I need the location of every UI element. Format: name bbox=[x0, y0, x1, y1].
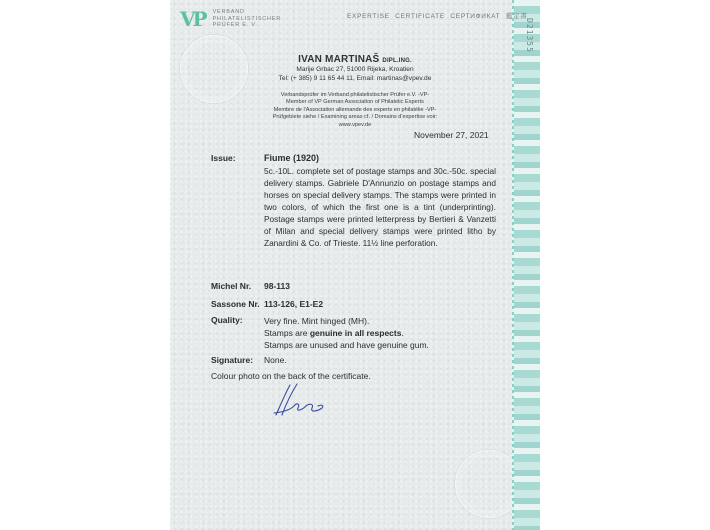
certificate-title: EXPERTISE CERTIFICATE СЕРТИФИКАТ 鑑定書 bbox=[347, 11, 527, 20]
vp-logo: VP VERBAND PHILATELISTISCHER PRÜFER E. V… bbox=[180, 9, 281, 29]
issue-description: 5c.-10L. complete set of postage stamps … bbox=[264, 165, 496, 249]
expert-title: DIPL.ING. bbox=[382, 58, 411, 64]
quality-value: Very fine. Mint hinged (MH). Stamps are … bbox=[264, 315, 429, 351]
association-line: Membre de l'Association allemande des ex… bbox=[250, 107, 460, 114]
association-line: www.vpev.de bbox=[250, 122, 460, 129]
issue-label: Issue: bbox=[211, 153, 236, 163]
org-line: PRÜFER E. V. bbox=[213, 22, 282, 29]
signature-value: None. bbox=[264, 355, 287, 365]
org-name: VERBAND PHILATELISTISCHER PRÜFER E. V. bbox=[213, 9, 282, 29]
quality-line-2: Stamps are genuine in all respects. bbox=[264, 327, 429, 339]
quality-line-1: Very fine. Mint hinged (MH). bbox=[264, 315, 429, 327]
certificate-date: November 27, 2021 bbox=[414, 130, 489, 140]
expert-info: IVAN MARTINAŠ DIPL.ING. Marije Grbac 27,… bbox=[250, 54, 460, 83]
certificate-page: D21355 VP VERBAND PHILATELISTISCHER PRÜF… bbox=[170, 0, 540, 530]
vp-logo-mark-icon: VP bbox=[180, 9, 205, 29]
sassone-value: 113-126, E1-E2 bbox=[264, 299, 323, 309]
sassone-label: Sassone Nr. bbox=[211, 299, 260, 309]
signature-label: Signature: bbox=[211, 355, 253, 365]
expert-address: Marije Grbac 27, 51000 Rijeka, Kroatien bbox=[250, 65, 460, 74]
expert-name: IVAN MARTINAŠ DIPL.ING. bbox=[250, 54, 460, 65]
association-statement: Verbandsprüfer im Verband philatelistisc… bbox=[250, 92, 460, 129]
embossed-seal-top bbox=[180, 35, 248, 103]
expert-signature-icon bbox=[270, 382, 330, 418]
quality-line-3: Stamps are unused and have genuine gum. bbox=[264, 339, 429, 351]
colour-photo-note: Colour photo on the back of the certific… bbox=[211, 371, 371, 381]
genuine-emphasis: genuine in all respects bbox=[310, 328, 402, 338]
michel-label: Michel Nr. bbox=[211, 281, 251, 291]
issue-title: Fiume (1920) bbox=[264, 153, 319, 163]
quality-label: Quality: bbox=[211, 315, 243, 325]
security-border: D21355 bbox=[512, 0, 540, 530]
association-line: Verbandsprüfer im Verband philatelistisc… bbox=[250, 92, 460, 99]
association-line: Prüfgebiete siehe / Examining areas cf. … bbox=[250, 114, 460, 121]
michel-value: 98-113 bbox=[264, 281, 290, 291]
serial-number: D21355 bbox=[525, 18, 534, 53]
expert-contact: Tel: (+ 385) 9 11 65 44 11, Email: marti… bbox=[250, 74, 460, 83]
association-line: Member of VP German Association of Phila… bbox=[250, 99, 460, 106]
